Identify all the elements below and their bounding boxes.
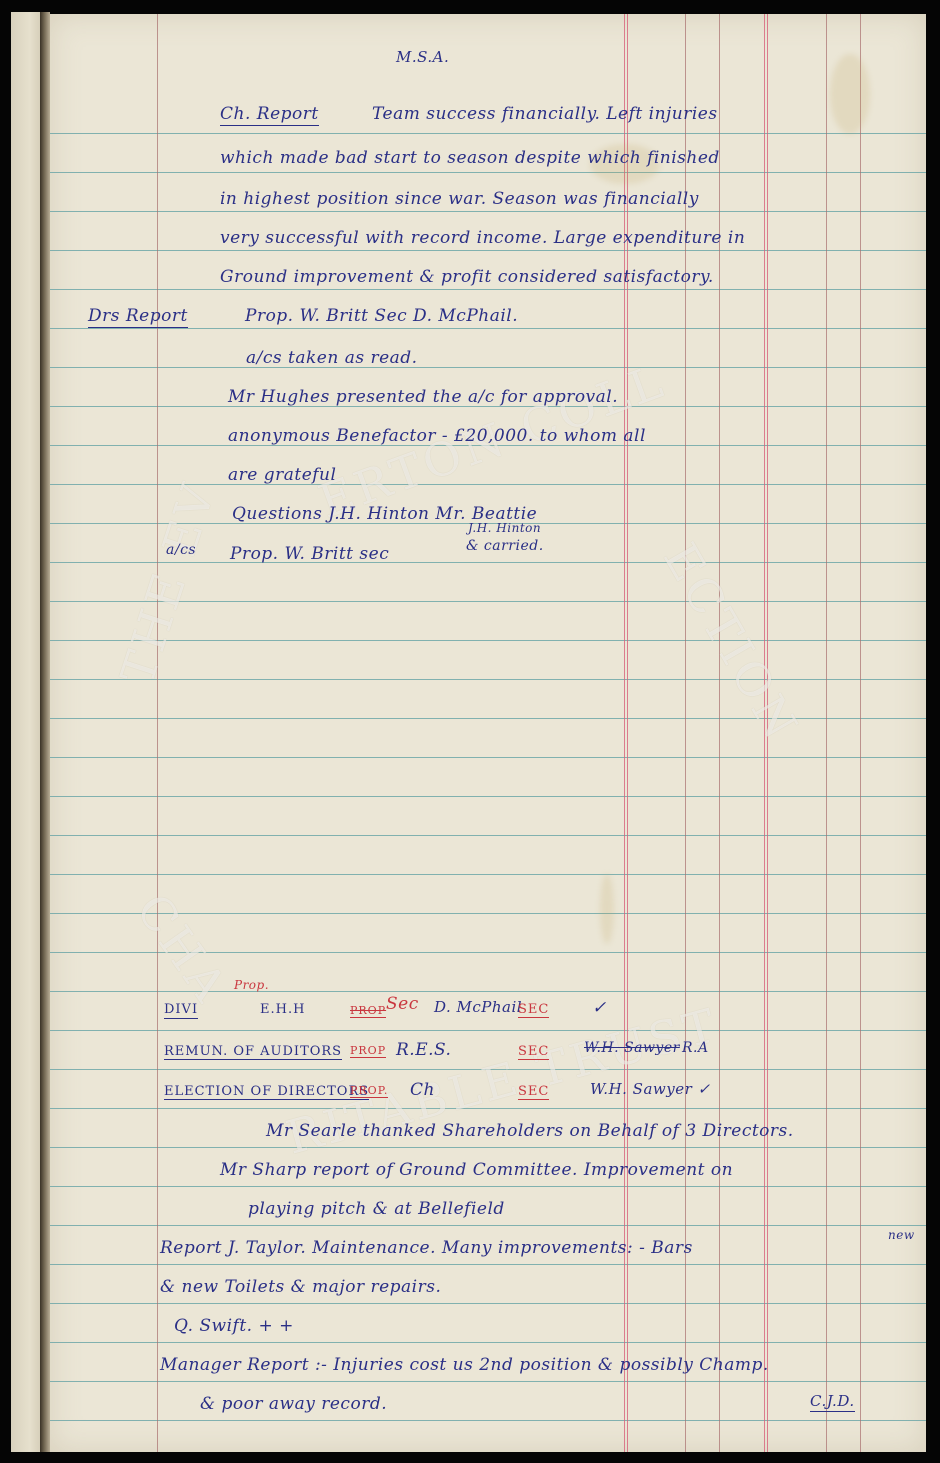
superscript-new: new xyxy=(888,1228,915,1242)
paper-stain xyxy=(600,874,614,944)
note-line: Report J. Taylor. Maintenance. Many impr… xyxy=(160,1238,693,1258)
note-line: playing pitch & at Bellefield xyxy=(248,1199,505,1219)
paper-stain xyxy=(830,54,870,134)
watermark-lower-left: CHA xyxy=(126,884,239,1014)
directors-report-line: & carried. xyxy=(466,538,544,554)
chairman-report-line: very successful with record income. Larg… xyxy=(220,228,745,248)
directors-report-line: anonymous Benefactor - £20,000. to whom … xyxy=(228,426,646,446)
directors-report-line: Prop. W. Britt sec xyxy=(230,544,389,564)
chairman-report-line: Team success financially. Left injuries xyxy=(372,104,718,124)
chairman-report-line: Ground improvement & profit considered s… xyxy=(220,267,714,287)
chairman-report-line: in highest position since war. Season wa… xyxy=(220,189,699,209)
directors-report-line: are grateful xyxy=(228,465,336,485)
note-line: & new Toilets & major repairs. xyxy=(160,1277,441,1297)
directors-report-line: Prop. W. Britt Sec D. McPhail. xyxy=(245,306,518,326)
note-line: & poor away record. xyxy=(200,1394,387,1414)
chairman-report-label: Ch. Report xyxy=(220,104,319,126)
initials: C.J.D. xyxy=(810,1392,855,1412)
watermark-upper-left: THE EV xyxy=(110,474,226,690)
margin-note: a/cs xyxy=(166,542,196,558)
superscript-note: J.H. Hinton xyxy=(468,521,541,535)
ledger-page: THE EV ERTON COLL ECTION CHA RITABLE TRU… xyxy=(50,14,926,1452)
note-line: Manager Report :- Injuries cost us 2nd p… xyxy=(160,1355,769,1375)
prop-note: Prop. xyxy=(234,978,269,992)
heading: M.S.A. xyxy=(396,48,449,66)
chairman-report-line: which made bad start to season despite w… xyxy=(220,148,720,168)
directors-report-label: Drs Report xyxy=(88,306,188,328)
book-gutter xyxy=(40,12,50,1452)
note-line: Mr Searle thanked Shareholders on Behalf… xyxy=(266,1121,794,1141)
directors-report-line: a/cs taken as read. xyxy=(246,348,418,368)
note-line: Q. Swift. + + xyxy=(174,1316,294,1336)
directors-report-line: Mr Hughes presented the a/c for approval… xyxy=(228,387,618,407)
note-line: Mr Sharp report of Ground Committee. Imp… xyxy=(220,1160,733,1180)
